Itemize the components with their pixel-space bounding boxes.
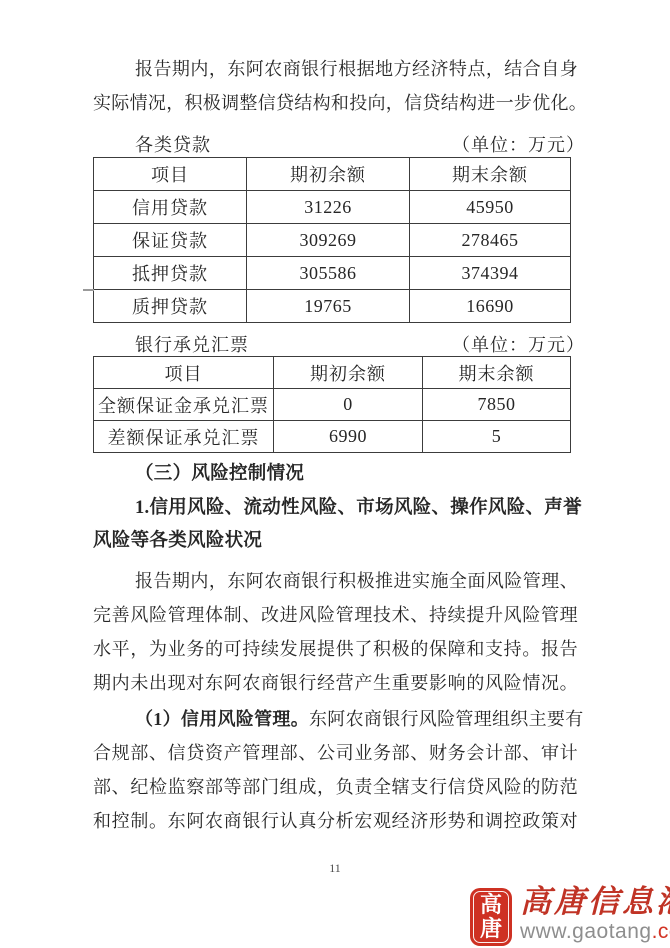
paragraph-line: 和控制。东阿农商银行认真分析宏观经济形势和调控政策对 — [93, 804, 578, 838]
acceptance-table-unit-label: （单位：万元） — [452, 331, 585, 357]
loans-table-cell: 保证贷款 — [94, 224, 247, 257]
acceptance-table-cell: 6990 — [274, 421, 423, 453]
loans-table-cell: 抵押贷款 — [94, 257, 247, 290]
inline-lead-rest: 东阿农商银行风险管理组织主要有 — [309, 709, 584, 729]
loans-table-header-cell: 期初余额 — [247, 158, 410, 191]
loans-table-row: 抵押贷款 305586 374394 — [94, 257, 571, 290]
document-page: 报告期内，东阿农商银行根据地方经济特点，结合自身 实际情况，积极调整信贷结构和投… — [0, 0, 670, 948]
subsection-heading-risk-types: 1.信用风险、流动性风险、市场风险、操作风险、声誉 风险等各类风险状况 — [93, 492, 578, 558]
loans-table-cell: 31226 — [247, 191, 410, 224]
loans-table-caption: 各类贷款 — [93, 131, 211, 157]
acceptance-table: 项目 期初余额 期末余额 全额保证金承兑汇票 0 7850 差额保证承兑汇票 6… — [93, 356, 571, 453]
loans-table-cell: 19765 — [247, 290, 410, 323]
heading-line: 风险等各类风险状况 — [93, 525, 578, 558]
paragraph-line: 部、纪检监察部等部门组成，负责全辖支行信贷风险的防范 — [93, 770, 578, 804]
paragraph-line: 完善风险管理体制、改进风险管理技术、持续提升风险管理 — [93, 598, 578, 632]
paragraph-line: 报告期内，东阿农商银行积极推进实施全面风险管理、 — [93, 564, 578, 598]
loans-table-row: 信用贷款 31226 45950 — [94, 191, 571, 224]
paragraph-line: 期内未出现对东阿农商银行经营产生重要影响的风险情况。 — [93, 666, 578, 700]
heading-line: 1.信用风险、流动性风险、市场风险、操作风险、声誉 — [93, 492, 578, 525]
loans-table-cell: 374394 — [410, 257, 571, 290]
loans-table: 项目 期初余额 期末余额 信用贷款 31226 45950 保证贷款 30926… — [93, 157, 571, 323]
loans-table-cell: 质押贷款 — [94, 290, 247, 323]
acceptance-table-cell: 7850 — [423, 389, 571, 421]
acceptance-table-header-cell: 项目 — [94, 357, 274, 389]
loans-table-cell: 278465 — [410, 224, 571, 257]
acceptance-table-cell: 0 — [274, 389, 423, 421]
acceptance-table-cell: 差额保证承兑汇票 — [94, 421, 274, 453]
acceptance-table-header-cell: 期初余额 — [274, 357, 423, 389]
loans-table-header-row: 项目 期初余额 期末余额 — [94, 158, 571, 191]
inline-bold-lead: （1）信用风险管理。 — [135, 709, 309, 729]
acceptance-table-header-cell: 期末余额 — [423, 357, 571, 389]
section-heading-risk-control: （三）风险控制情况 — [93, 458, 578, 490]
acceptance-table-row: 差额保证承兑汇票 6990 5 — [94, 421, 571, 453]
url-gray-part: www.gaotang — [520, 920, 652, 943]
paragraph-intro: 报告期内，东阿农商银行根据地方经济特点，结合自身 实际情况，积极调整信贷结构和投… — [93, 52, 578, 120]
loans-table-header-cell: 期末余额 — [410, 158, 571, 191]
url-red-part: .cc — [652, 920, 670, 943]
loans-table-caption-row: 各类贷款 （单位：万元） — [93, 130, 585, 157]
scan-artifact-dash — [83, 289, 94, 291]
loans-table-unit-label: （单位：万元） — [452, 131, 585, 157]
acceptance-table-cell: 全额保证金承兑汇票 — [94, 389, 274, 421]
loans-table-cell: 45950 — [410, 191, 571, 224]
acceptance-table-header-row: 项目 期初余额 期末余额 — [94, 357, 571, 389]
acceptance-table-cell: 5 — [423, 421, 571, 453]
acceptance-table-caption-row: 银行承兑汇票 （单位：万元） — [93, 330, 585, 357]
watermark-site-url: www.gaotang.cc — [520, 920, 670, 944]
paragraph-line: （1）信用风险管理。东阿农商银行风险管理组织主要有 — [93, 702, 578, 736]
loans-table-cell: 309269 — [247, 224, 410, 257]
site-watermark: 高 唐 高唐信息港 www.gaotang.cc — [470, 886, 670, 948]
loans-table-row: 保证贷款 309269 278465 — [94, 224, 571, 257]
loans-table-cell: 信用贷款 — [94, 191, 247, 224]
paragraph-risk-management: 报告期内，东阿农商银行积极推进实施全面风险管理、 完善风险管理体制、改进风险管理… — [93, 564, 578, 700]
acceptance-table-row: 全额保证金承兑汇票 0 7850 — [94, 389, 571, 421]
paragraph-line: 实际情况，积极调整信贷结构和投向，信贷结构进一步优化。 — [93, 86, 578, 120]
paragraph-line: 报告期内，东阿农商银行根据地方经济特点，结合自身 — [93, 52, 578, 86]
page-number: 11 — [0, 858, 670, 878]
watermark-site-name: 高唐信息港 — [520, 882, 670, 922]
seal-char-top: 高 — [480, 893, 502, 917]
gaotang-seal-logo: 高 唐 — [470, 888, 512, 946]
paragraph-line: 合规部、信贷资产管理部、公司业务部、财务会计部、审计 — [93, 736, 578, 770]
acceptance-table-caption: 银行承兑汇票 — [93, 331, 249, 357]
loans-table-row: 质押贷款 19765 16690 — [94, 290, 571, 323]
heading-line: （三）风险控制情况 — [93, 458, 578, 490]
loans-table-header-cell: 项目 — [94, 158, 247, 191]
loans-table-cell: 305586 — [247, 257, 410, 290]
paragraph-line: 水平，为业务的可持续发展提供了积极的保障和支持。报告 — [93, 632, 578, 666]
paragraph-credit-risk: （1）信用风险管理。东阿农商银行风险管理组织主要有 合规部、信贷资产管理部、公司… — [93, 702, 578, 838]
seal-char-bottom: 唐 — [480, 917, 502, 941]
loans-table-cell: 16690 — [410, 290, 571, 323]
